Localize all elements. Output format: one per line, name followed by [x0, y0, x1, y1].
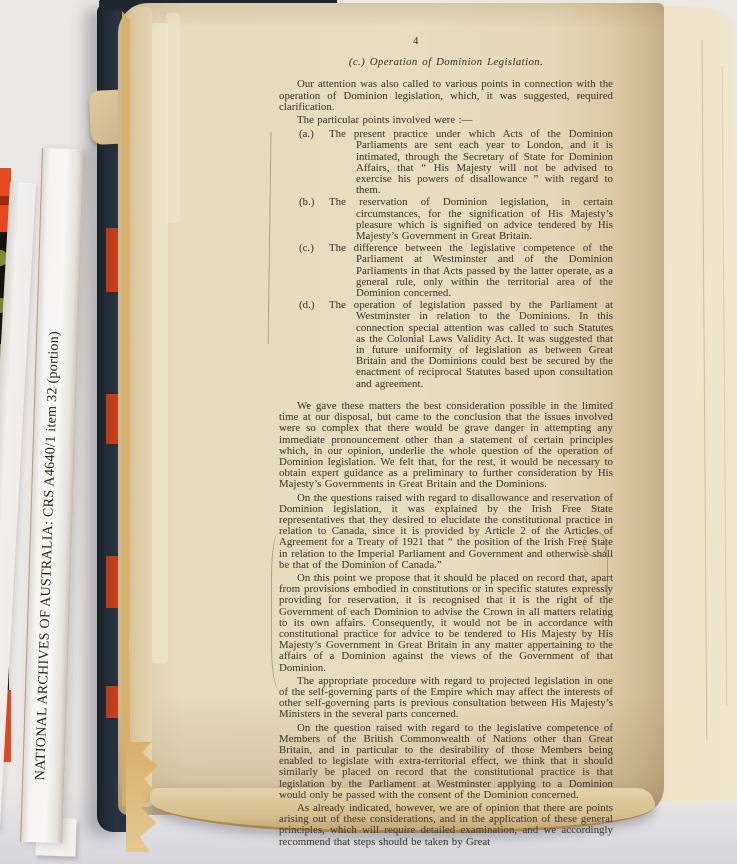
list-item-text: The reservation of Dominion legislation,… — [329, 196, 613, 242]
list-item-text: The present practice under which Acts of… — [329, 128, 613, 196]
section-heading: (c.) Operation of Dominion Legislation. — [279, 57, 613, 68]
list-item-text: The operation of legislation passed by t… — [329, 299, 613, 389]
list-item-label: (d.) — [299, 300, 329, 311]
list-item: (d.)The operation of legislation passed … — [279, 300, 613, 390]
list-item-label: (a.) — [299, 129, 329, 140]
list-item: (b.)The reservation of Dominion legislat… — [279, 197, 613, 242]
page-text: 4 (c.) Operation of Dominion Legislation… — [279, 36, 613, 850]
gutter-repair-strip — [130, 7, 152, 807]
typed-paragraph: On the questions raised with regard to d… — [279, 493, 613, 571]
pencil-bracket-left — [271, 533, 280, 691]
typed-paragraph: We gave these matters the best considera… — [279, 401, 613, 491]
typed-paragraph: On this point we propose that it should … — [279, 573, 613, 674]
typed-paragraph: Our attention was also called to various… — [279, 79, 613, 113]
list-item-text: The difference between the legislative c… — [329, 242, 613, 299]
gutter-tape-strip — [166, 13, 180, 223]
typed-paragraph: The appropriate procedure with regard to… — [279, 676, 613, 721]
list-item: (c.)The difference between the legislati… — [279, 243, 613, 299]
archive-label-text: NATIONAL ARCHIVES OF AUSTRALIA: CRS A464… — [33, 331, 63, 781]
page-edge-line — [722, 66, 727, 706]
page-edge-line — [701, 40, 707, 740]
list-item-label: (c.) — [299, 243, 329, 254]
list-lead-in: The particular points involved were :— — [279, 115, 613, 126]
typed-paragraph: As already indicated, however, we are of… — [279, 803, 613, 848]
pencil-speck — [577, 95, 580, 98]
list-item-label: (b.) — [299, 197, 329, 208]
page-number: 4 — [413, 36, 613, 47]
document-scan-scene: 4 (c.) Operation of Dominion Legislation… — [0, 0, 737, 864]
typed-paragraph: On the question raised with regard to th… — [279, 723, 613, 801]
list-item: (a.)The present practice under which Act… — [279, 129, 613, 196]
